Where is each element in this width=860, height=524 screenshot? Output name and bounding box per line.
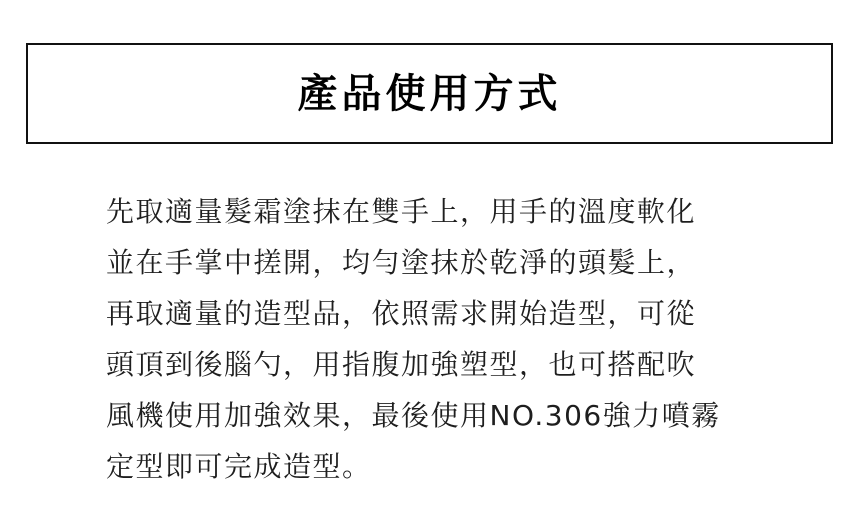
instruction-line: 風機使用加強效果，最後使用NO.306強力噴霧 <box>106 390 766 441</box>
instruction-line: 並在手掌中搓開，均勻塗抹於乾淨的頭髮上， <box>106 237 766 288</box>
instruction-line: 定型即可完成造型。 <box>106 441 766 492</box>
title-box: 產品使用方式 <box>26 43 833 144</box>
instruction-line: 頭頂到後腦勺，用指腹加強塑型，也可搭配吹 <box>106 339 766 390</box>
page-title: 產品使用方式 <box>298 74 562 114</box>
usage-instructions: 先取適量髮霜塗抹在雙手上，用手的溫度軟化 並在手掌中搓開，均勻塗抹於乾淨的頭髮上… <box>106 186 766 492</box>
instruction-line: 先取適量髮霜塗抹在雙手上，用手的溫度軟化 <box>106 186 766 237</box>
instruction-line: 再取適量的造型品，依照需求開始造型，可從 <box>106 288 766 339</box>
